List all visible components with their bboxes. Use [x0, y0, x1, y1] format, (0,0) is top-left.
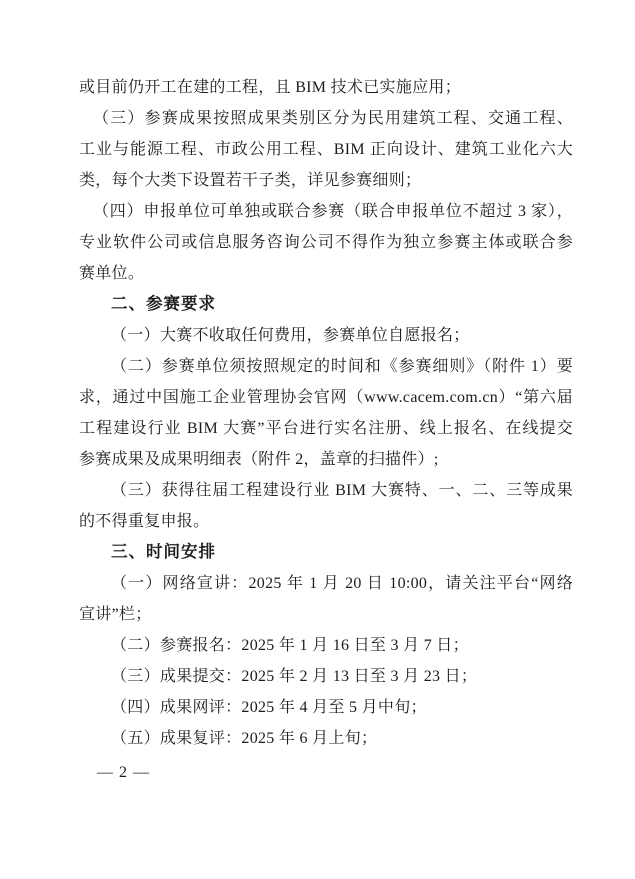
text-line: （四）成果网评：2025 年 4 月至 5 月中旬； [79, 692, 573, 723]
section-heading: 三、时间安排 [79, 537, 573, 568]
text-line: 三、时间安排 [79, 537, 573, 568]
text-line: （一）大赛不收取任何费用，参赛单位自愿报名； [79, 320, 573, 351]
text-line: （三）参赛成果按照成果类别区分为民用建筑工程、交通工程、 [79, 103, 573, 134]
paragraph: （一）大赛不收取任何费用，参赛单位自愿报名； [79, 320, 573, 351]
text-line: 宣讲”栏； [79, 599, 573, 630]
text-line: 的不得重复申报。 [79, 506, 573, 537]
text-line: （三）成果提交：2025 年 2 月 13 日至 3 月 23 日； [79, 661, 573, 692]
text-line: 赛单位。 [79, 258, 573, 289]
paragraph: （三）获得往届工程建设行业 BIM 大赛特、一、二、三等成果的不得重复申报。 [79, 475, 573, 537]
text-line: （二）参赛单位须按照规定的时间和《参赛细则》（附件 1）要 [79, 351, 573, 382]
text-line: 求，通过中国施工企业管理协会官网（www.cacem.com.cn）“第六届 [79, 382, 573, 413]
paragraph: （四）申报单位可单独或联合参赛（联合申报单位不超过 3 家），专业软件公司或信息… [79, 196, 573, 289]
section-heading: 二、参赛要求 [79, 289, 573, 320]
text-line: 专业软件公司或信息服务咨询公司不得作为独立参赛主体或联合参 [79, 227, 573, 258]
paragraph: （二）参赛报名：2025 年 1 月 16 日至 3 月 7 日； [79, 630, 573, 661]
text-line: 工程建设行业 BIM 大赛”平台进行实名注册、线上报名、在线提交 [79, 413, 573, 444]
paragraph: （四）成果网评：2025 年 4 月至 5 月中旬； [79, 692, 573, 723]
text-line: 类，每个大类下设置若干子类，详见参赛细则； [79, 165, 573, 196]
page-number: — 2 — [97, 760, 150, 786]
paragraph: （三）成果提交：2025 年 2 月 13 日至 3 月 23 日； [79, 661, 573, 692]
text-line: （三）获得往届工程建设行业 BIM 大赛特、一、二、三等成果 [79, 475, 573, 506]
text-line: （一）网络宣讲：2025 年 1 月 20 日 10:00，请关注平台“网络 [79, 568, 573, 599]
paragraph: 或目前仍开工在建的工程，且 BIM 技术已实施应用； [79, 72, 573, 103]
paragraph: （二）参赛单位须按照规定的时间和《参赛细则》（附件 1）要求，通过中国施工企业管… [79, 351, 573, 475]
text-line: （四）申报单位可单独或联合参赛（联合申报单位不超过 3 家）， [79, 196, 573, 227]
document-page: 或目前仍开工在建的工程，且 BIM 技术已实施应用；（三）参赛成果按照成果类别区… [0, 0, 635, 879]
text-line: 参赛成果及成果明细表（附件 2，盖章的扫描件）; [79, 444, 573, 475]
text-line: 或目前仍开工在建的工程，且 BIM 技术已实施应用； [79, 72, 573, 103]
document-body: 或目前仍开工在建的工程，且 BIM 技术已实施应用；（三）参赛成果按照成果类别区… [79, 72, 573, 754]
text-line: 二、参赛要求 [79, 289, 573, 320]
paragraph: （三）参赛成果按照成果类别区分为民用建筑工程、交通工程、工业与能源工程、市政公用… [79, 103, 573, 196]
text-line: 工业与能源工程、市政公用工程、BIM 正向设计、建筑工业化六大 [79, 134, 573, 165]
text-line: （五）成果复评：2025 年 6 月上旬； [79, 723, 573, 754]
text-line: （二）参赛报名：2025 年 1 月 16 日至 3 月 7 日； [79, 630, 573, 661]
paragraph: （一）网络宣讲：2025 年 1 月 20 日 10:00，请关注平台“网络宣讲… [79, 568, 573, 630]
paragraph: （五）成果复评：2025 年 6 月上旬； [79, 723, 573, 754]
